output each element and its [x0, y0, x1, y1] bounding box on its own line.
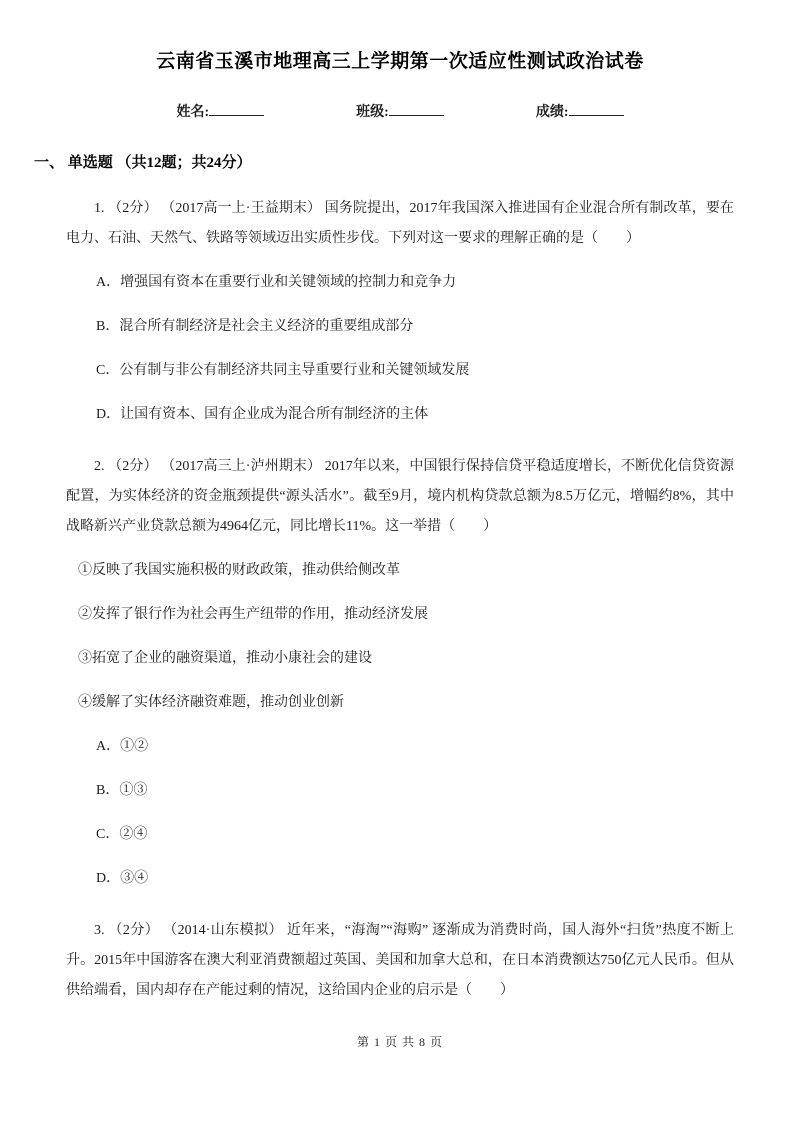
name-label: 姓名:: [176, 105, 209, 120]
question-3-stem: 3. （2分） （2014·山东模拟） 近年来，“海淘”“海购” 逐渐成为消费时…: [66, 916, 734, 1006]
question-block-3: 3. （2分） （2014·山东模拟） 近年来，“海淘”“海购” 逐渐成为消费时…: [66, 916, 734, 1006]
score-label: 成绩:: [536, 105, 569, 120]
score-blank-line: [569, 102, 624, 116]
page-number-footer: 第 1 页 共 8 页: [0, 1033, 800, 1050]
question-1-stem: 1. （2分） （2017高一上·王益期末） 国务院提出，2017年我国深入推进…: [66, 194, 734, 254]
name-blank-line: [209, 102, 264, 116]
question-1-option-a: A．增强国有资本在重要行业和关键领域的控制力和竞争力: [66, 268, 734, 298]
class-blank-line: [389, 102, 444, 116]
question-2-statement-1: ①反映了我国实施积极的财政政策，推动供给侧改革: [66, 556, 734, 586]
score-field: 成绩:: [536, 101, 624, 121]
class-field: 班级:: [356, 101, 444, 121]
question-2-statement-2: ②发挥了银行作为社会再生产纽带的作用，推动经济发展: [66, 600, 734, 630]
student-info-row: 姓名: 班级: 成绩:: [66, 101, 734, 121]
page-content: 云南省玉溪市地理高三上学期第一次适应性测试政治试卷 姓名: 班级: 成绩: 一、…: [0, 0, 800, 1006]
question-1-option-d: D．让国有资本、国有企业成为混合所有制经济的主体: [66, 400, 734, 430]
page-title: 云南省玉溪市地理高三上学期第一次适应性测试政治试卷: [66, 0, 734, 73]
question-block-2: 2. （2分） （2017高三上·泸州期末） 2017年以来，中国银行保持信贷平…: [66, 452, 734, 894]
question-1-option-b: B．混合所有制经济是社会主义经济的重要组成部分: [66, 312, 734, 342]
question-2-option-d: D．③④: [66, 864, 734, 894]
question-1-option-c: C．公有制与非公有制经济共同主导重要行业和关键领域发展: [66, 356, 734, 386]
question-2-stem: 2. （2分） （2017高三上·泸州期末） 2017年以来，中国银行保持信贷平…: [66, 452, 734, 542]
name-field: 姓名:: [176, 101, 264, 121]
question-2-statement-4: ④缓解了实体经济融资难题，推动创业创新: [66, 688, 734, 718]
section-heading-single-choice: 一、 单选题 （共12题；共24分）: [34, 151, 734, 172]
exam-document-page: 云南省玉溪市地理高三上学期第一次适应性测试政治试卷 姓名: 班级: 成绩: 一、…: [0, 0, 800, 1132]
question-2-option-b: B．①③: [66, 776, 734, 806]
question-block-1: 1. （2分） （2017高一上·王益期末） 国务院提出，2017年我国深入推进…: [66, 194, 734, 430]
question-2-option-c: C．②④: [66, 820, 734, 850]
class-label: 班级:: [356, 105, 389, 120]
question-2-statement-3: ③拓宽了企业的融资渠道，推动小康社会的建设: [66, 644, 734, 674]
question-2-option-a: A．①②: [66, 732, 734, 762]
